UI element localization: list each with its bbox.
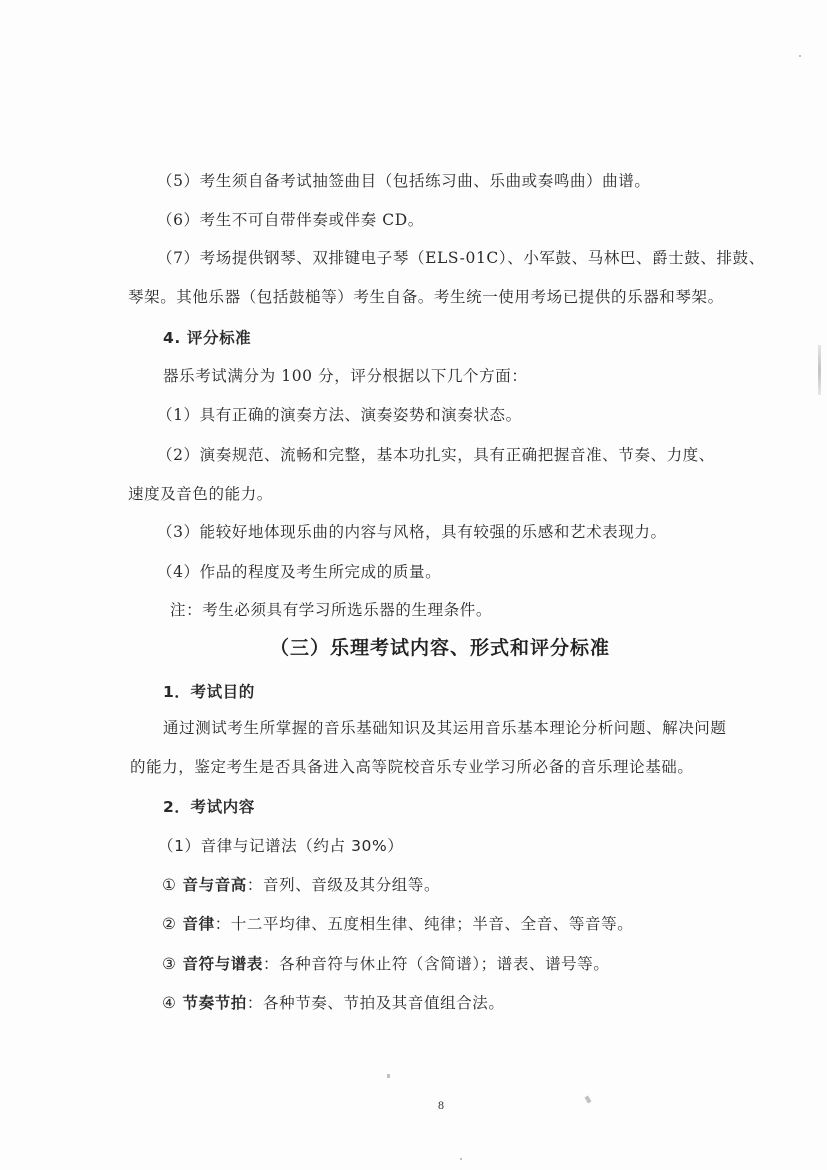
paragraph-item-7-line2: 琴架。其他乐器（包括鼓槌等）考生自备。考生统一使用考场已提供的乐器和琴架。 [128, 287, 724, 307]
scoring-item-4: （4）作品的程度及考生所完成的质量。 [157, 562, 441, 582]
item-term: 音与音高 [183, 876, 247, 894]
scan-speck [585, 1095, 592, 1103]
purpose-line-2: 的能力，鉴定考生是否具备进入高等院校音乐专业学习所必备的音乐理论基础。 [130, 757, 694, 777]
scan-edge-shadow [818, 345, 821, 395]
scan-speck [387, 1074, 390, 1078]
content-heading: 2．考试内容 [163, 797, 255, 817]
scoring-item-2-line2: 速度及音色的能力。 [128, 484, 273, 504]
page-number: 8 [438, 1098, 444, 1113]
document-page: （5）考生须自备考试抽签曲目（包括练习曲、乐曲或奏鸣曲）曲谱。 （6）考生不可自… [0, 0, 827, 1170]
scan-speck [799, 55, 801, 57]
scoring-item-1: （1）具有正确的演奏方法、演奏姿势和演奏状态。 [157, 405, 522, 425]
sub1-heading: （1）音律与记谱法（约占 30%） [158, 836, 403, 856]
sub-item-2: ②音律：十二平均律、五度相生律、纯律；半音、全音、等音等。 [162, 914, 633, 934]
item-term: 音律 [183, 915, 215, 933]
purpose-heading: 1．考试目的 [163, 682, 255, 702]
item-number: ① [162, 875, 177, 895]
scan-speck [460, 1158, 462, 1160]
item-desc: ：各种节奏、节拍及其音值组合法。 [247, 994, 505, 1012]
paragraph-item-6: （6）考生不可自带伴奏或伴奏 CD。 [157, 210, 424, 230]
item-desc: ：音列、音级及其分组等。 [247, 876, 440, 894]
scoring-intro: 器乐考试满分为 100 分，评分根据以下几个方面： [163, 366, 527, 386]
sub-item-3: ③音符与谱表：各种音符与休止符（含简谱）；谱表、谱号等。 [162, 954, 609, 974]
item-desc: ：十二平均律、五度相生律、纯律；半音、全音、等音等。 [215, 915, 634, 933]
scoring-note: 注：考生必须具有学习所选乐器的生理条件。 [170, 600, 492, 620]
item-number: ④ [162, 993, 177, 1013]
item-desc: ：各种音符与休止符（含简谱）；谱表、谱号等。 [263, 955, 609, 973]
paragraph-item-5: （5）考生须自备考试抽签曲目（包括练习曲、乐曲或奏鸣曲）曲谱。 [157, 171, 650, 191]
item-number: ③ [162, 954, 177, 974]
purpose-line-1: 通过测试考生所掌握的音乐基础知识及其运用音乐基本理论分析问题、解决问题 [163, 718, 727, 738]
paragraph-item-7-line1: （7）考场提供钢琴、双排键电子琴（ELS-01C）、小军鼓、马林巴、爵士鼓、排鼓… [157, 248, 765, 268]
scoring-heading: 4. 评分标准 [163, 328, 251, 348]
item-number: ② [162, 914, 177, 934]
sub-item-1: ①音与音高：音列、音级及其分组等。 [162, 875, 440, 895]
scoring-item-2-line1: （2）演奏规范、流畅和完整，基本功扎实，具有正确把握音准、节奏、力度、 [157, 445, 715, 465]
item-term: 节奏节拍 [183, 994, 247, 1012]
scoring-item-3: （3）能较好地体现乐曲的内容与风格，具有较强的乐感和艺术表现力。 [157, 522, 667, 542]
section-title: （三）乐理考试内容、形式和评分标准 [270, 636, 610, 660]
sub-item-4: ④节奏节拍：各种节奏、节拍及其音值组合法。 [162, 993, 505, 1013]
item-term: 音符与谱表 [183, 955, 264, 973]
